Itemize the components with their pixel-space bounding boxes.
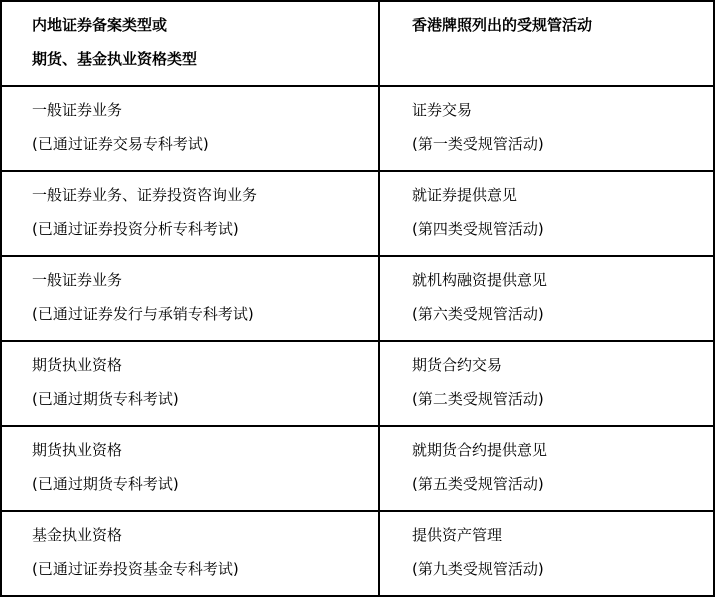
mainland-type-text: 一般证券业务: [32, 272, 370, 289]
cell-regulated-activity: 期货合约交易 (第二类受规管活动): [379, 341, 714, 426]
mainland-type-text: 一般证券业务、证券投资咨询业务: [32, 187, 370, 204]
table-row: 基金执业资格 (已通过证券投资基金专科考试) 提供资产管理 (第九类受规管活动): [1, 511, 714, 596]
cell-mainland-type: 一般证券业务 (已通过证券交易专科考试): [1, 86, 379, 171]
mainland-type-text: 一般证券业务: [32, 102, 370, 119]
header-cell-mainland-type: 内地证券备案类型或 期货、基金执业资格类型: [1, 1, 379, 86]
activity-class-note: (第一类受规管活动): [412, 136, 705, 153]
mainland-exam-note: (已通过证券交易专科考试): [32, 136, 370, 153]
table-row: 期货执业资格 (已通过期货专科考试) 就期货合约提供意见 (第五类受规管活动): [1, 426, 714, 511]
activity-text: 就期货合约提供意见: [412, 442, 705, 459]
mainland-type-text: 期货执业资格: [32, 357, 370, 374]
mainland-type-text: 基金执业资格: [32, 527, 370, 544]
activity-class-note: (第五类受规管活动): [412, 476, 705, 493]
activity-class-note: (第六类受规管活动): [412, 306, 705, 323]
activity-text: 证券交易: [412, 102, 705, 119]
mainland-exam-note: (已通过期货专科考试): [32, 476, 370, 493]
mainland-exam-note: (已通过证券投资基金专科考试): [32, 561, 370, 578]
header-mainland-line2: 期货、基金执业资格类型: [32, 51, 370, 68]
cell-mainland-type: 期货执业资格 (已通过期货专科考试): [1, 341, 379, 426]
activity-text: 就机构融资提供意见: [412, 272, 705, 289]
activity-class-note: (第九类受规管活动): [412, 561, 705, 578]
activity-class-note: (第二类受规管活动): [412, 391, 705, 408]
cell-mainland-type: 一般证券业务 (已通过证券发行与承销专科考试): [1, 256, 379, 341]
mainland-exam-note: (已通过期货专科考试): [32, 391, 370, 408]
cell-mainland-type: 基金执业资格 (已通过证券投资基金专科考试): [1, 511, 379, 596]
header-row: 内地证券备案类型或 期货、基金执业资格类型 香港牌照列出的受规管活动: [1, 1, 714, 86]
activity-text: 就证券提供意见: [412, 187, 705, 204]
cell-regulated-activity: 就机构融资提供意见 (第六类受规管活动): [379, 256, 714, 341]
mainland-exam-note: (已通过证券发行与承销专科考试): [32, 306, 370, 323]
cell-mainland-type: 期货执业资格 (已通过期货专科考试): [1, 426, 379, 511]
mainland-exam-note: (已通过证券投资分析专科考试): [32, 221, 370, 238]
mainland-type-text: 期货执业资格: [32, 442, 370, 459]
cell-regulated-activity: 就期货合约提供意见 (第五类受规管活动): [379, 426, 714, 511]
header-mainland-line1: 内地证券备案类型或: [32, 17, 370, 34]
cell-regulated-activity: 证券交易 (第一类受规管活动): [379, 86, 714, 171]
qualification-mapping-table: 内地证券备案类型或 期货、基金执业资格类型 香港牌照列出的受规管活动 一般证券业…: [0, 0, 715, 597]
table-row: 一般证券业务、证券投资咨询业务 (已通过证券投资分析专科考试) 就证券提供意见 …: [1, 171, 714, 256]
table-row: 期货执业资格 (已通过期货专科考试) 期货合约交易 (第二类受规管活动): [1, 341, 714, 426]
cell-regulated-activity: 提供资产管理 (第九类受规管活动): [379, 511, 714, 596]
header-cell-hk-activity: 香港牌照列出的受规管活动: [379, 1, 714, 86]
cell-regulated-activity: 就证券提供意见 (第四类受规管活动): [379, 171, 714, 256]
header-hk-text: 香港牌照列出的受规管活动: [412, 17, 705, 34]
table-row: 一般证券业务 (已通过证券交易专科考试) 证券交易 (第一类受规管活动): [1, 86, 714, 171]
activity-class-note: (第四类受规管活动): [412, 221, 705, 238]
activity-text: 期货合约交易: [412, 357, 705, 374]
activity-text: 提供资产管理: [412, 527, 705, 544]
table-row: 一般证券业务 (已通过证券发行与承销专科考试) 就机构融资提供意见 (第六类受规…: [1, 256, 714, 341]
cell-mainland-type: 一般证券业务、证券投资咨询业务 (已通过证券投资分析专科考试): [1, 171, 379, 256]
